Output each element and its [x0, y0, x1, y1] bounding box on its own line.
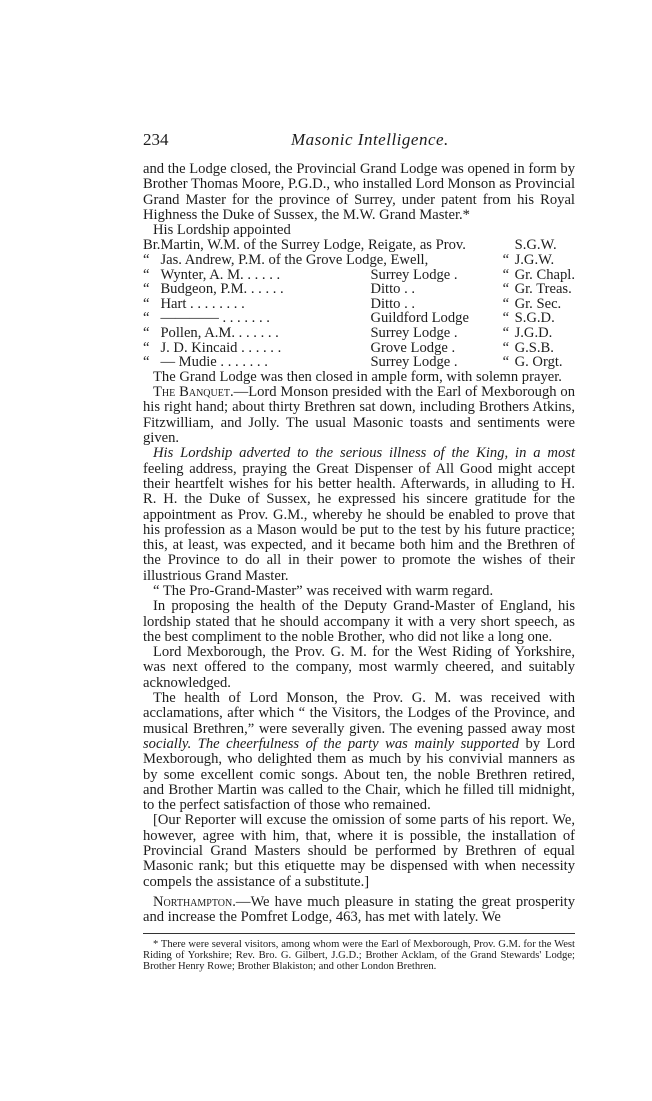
appointment-prefix: “: [143, 282, 160, 297]
article-body: and the Lodge closed, the Provincial Gra…: [143, 162, 575, 926]
appointment-ditto: “: [497, 341, 514, 356]
appointment-prefix: “: [143, 355, 160, 370]
appointment-name: ———— . . . . . . .: [160, 311, 370, 326]
appointments-table: Br.Martin, W.M. of the Surrey Lodge, Rei…: [143, 238, 575, 369]
paragraph-king-illness: His Lordship adverted to the serious ill…: [143, 446, 575, 584]
northampton-heading: Northampton.: [153, 894, 236, 910]
appointment-prefix: “: [143, 326, 160, 341]
banquet-heading: The Banquet.: [153, 384, 234, 400]
paragraph-northampton: Northampton.—We have much pleasure in st…: [143, 895, 575, 926]
appointment-office: J.G.W.: [515, 253, 575, 268]
paragraph-mexborough: Lord Mexborough, the Prov. G. M. for the…: [143, 645, 575, 691]
appointment-name: Pollen, A.M. . . . . . .: [160, 326, 370, 341]
appointment-row: Br.Martin, W.M. of the Surrey Lodge, Rei…: [143, 238, 575, 253]
paragraph-lodge-closed: The Grand Lodge was then closed in ample…: [143, 370, 575, 385]
appointment-row: “———— . . . . . . .Guildford Lodge“S.G.D…: [143, 311, 575, 326]
appointment-ditto: “: [497, 311, 514, 326]
appointment-name: Martin, W.M. of the Surrey Lodge, Reigat…: [160, 238, 497, 253]
book-page: 234 Masonic Intelligence. and the Lodge …: [143, 130, 575, 973]
appointment-ditto: “: [497, 326, 514, 341]
running-title: Masonic Intelligence.: [291, 130, 449, 150]
appointment-lodge: Grove Lodge .: [370, 341, 497, 356]
footnote: * There were several visitors, among who…: [143, 939, 575, 973]
appointment-office: Gr. Treas.: [515, 282, 575, 297]
appointment-lodge: Ditto . .: [370, 282, 497, 297]
appointment-prefix: “: [143, 268, 160, 283]
appointment-lodge: Ditto . .: [370, 297, 497, 312]
paragraph-appointed: His Lordship appointed: [143, 223, 575, 238]
paragraph-banquet: The Banquet.—Lord Monson presided with t…: [143, 385, 575, 446]
paragraph-editor-note: [Our Reporter will excuse the omission o…: [143, 813, 575, 889]
appointment-ditto: “: [497, 268, 514, 283]
appointment-name: Budgeon, P.M. . . . . .: [160, 282, 370, 297]
appointment-ditto: “: [497, 282, 514, 297]
appointment-prefix: “: [143, 311, 160, 326]
appointment-row: “— Mudie . . . . . . .Surrey Lodge .“G. …: [143, 355, 575, 370]
appointment-row: “Wynter, A. M. . . . . .Surrey Lodge .“G…: [143, 268, 575, 283]
appointment-name: Jas. Andrew, P.M. of the Grove Lodge, Ew…: [160, 253, 497, 268]
appointment-office: J.G.D.: [515, 326, 575, 341]
appointment-lodge: Surrey Lodge .: [370, 268, 497, 283]
appointment-lodge: Surrey Lodge .: [370, 355, 497, 370]
appointment-name: Hart . . . . . . . .: [160, 297, 370, 312]
paragraph-monson-health: The health of Lord Monson, the Prov. G. …: [143, 691, 575, 813]
appointment-office: Gr. Chapl.: [515, 268, 575, 283]
page-header: 234 Masonic Intelligence.: [143, 130, 575, 152]
appointment-ditto: “: [497, 355, 514, 370]
appointment-name: J. D. Kincaid . . . . . .: [160, 341, 370, 356]
appointment-office: G. Orgt.: [515, 355, 575, 370]
paragraph-installation: and the Lodge closed, the Provincial Gra…: [143, 162, 575, 223]
appointment-name: — Mudie . . . . . . .: [160, 355, 370, 370]
footnote-divider: [143, 933, 575, 934]
appointment-office: S.G.D.: [515, 311, 575, 326]
appointment-lodge: Surrey Lodge .: [370, 326, 497, 341]
appointment-office: G.S.B.: [515, 341, 575, 356]
appointment-name: Wynter, A. M. . . . . .: [160, 268, 370, 283]
appointment-row: “Jas. Andrew, P.M. of the Grove Lodge, E…: [143, 253, 575, 268]
appointment-row: “Hart . . . . . . . . Ditto . .“Gr. Sec.: [143, 297, 575, 312]
appointment-row: “Pollen, A.M. . . . . . .Surrey Lodge .“…: [143, 326, 575, 341]
appointment-office: S.G.W.: [515, 238, 575, 253]
appointment-prefix: “: [143, 297, 160, 312]
appointment-prefix: “: [143, 253, 160, 268]
appointment-ditto: “: [497, 253, 514, 268]
paragraph-pro-grand-master: “ The Pro-Grand-Master” was received wit…: [143, 584, 575, 599]
appointment-ditto: “: [497, 297, 514, 312]
appointment-ditto: [497, 238, 514, 253]
appointment-row: “Budgeon, P.M. . . . . . Ditto . .“Gr. T…: [143, 282, 575, 297]
appointment-row: “J. D. Kincaid . . . . . .Grove Lodge .“…: [143, 341, 575, 356]
page-number: 234: [143, 130, 169, 150]
appointment-lodge: Guildford Lodge: [370, 311, 497, 326]
paragraph-deputy-grand-master: In proposing the health of the Deputy Gr…: [143, 599, 575, 645]
appointment-prefix: Br.: [143, 238, 160, 253]
appointment-office: Gr. Sec.: [515, 297, 575, 312]
appointment-prefix: “: [143, 341, 160, 356]
